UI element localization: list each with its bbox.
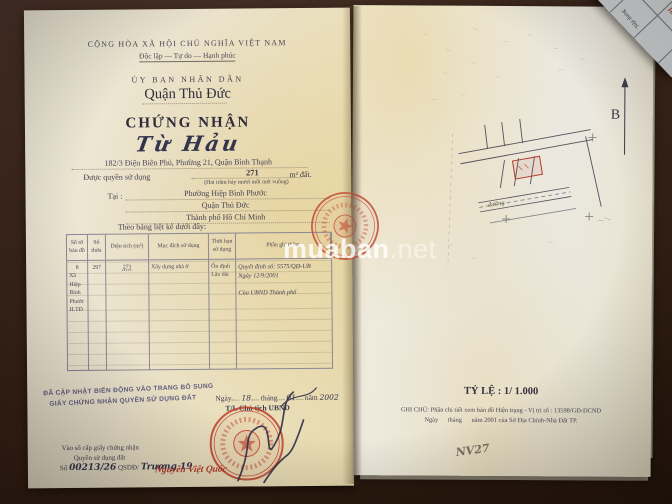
th-map-sheet: Số tờ bản đồ (67, 235, 88, 261)
update-stamp-line-2: GIẤY CHỨNG NHẬN QUYỀN SỬ DỤNG ĐẤT (49, 394, 196, 407)
location-line-2: Quận Thủ Đức (126, 200, 326, 211)
td-parcel-no: 297 (88, 261, 107, 370)
td-purpose: Xây dựng nhà ở (149, 260, 210, 370)
location-line-1: Phường Hiệp Bình Phước (125, 188, 325, 199)
corner-doc-grid-line (634, 0, 672, 38)
grant-prefix: Được quyền sử dụng (83, 172, 150, 182)
registry-line-1: Vào sổ cấp giấy chứng nhận (62, 444, 139, 452)
th-area: Diện tích (m²) (106, 234, 149, 260)
grant-area-words: (Hai trăm bảy mươi mốt mét vuông) (171, 179, 321, 186)
th-duration: Thời hạn sử dụng (209, 234, 236, 260)
location-line-3: Thành phố Hồ Chí Minh (126, 212, 326, 223)
issuer-label: ỦY BAN NHÂN DÂN (24, 74, 350, 86)
grant-area-value: 271 (221, 167, 283, 178)
grant-unit: m² đất. (289, 170, 311, 179)
watermark-bold: muaban (283, 234, 390, 264)
divider-dotted (143, 103, 227, 105)
td-duration: Ổn địnhLâu dài (209, 260, 237, 369)
watermark: muaban.net (283, 234, 437, 265)
north-label: B (611, 108, 620, 123)
td-map-sheet: 8 Xã Hiệp Bình Phước H.TĐ (67, 261, 89, 370)
th-purpose: Mục đích sử dụng (149, 234, 209, 261)
road-label: đường (487, 199, 505, 209)
national-header: CỘNG HÒA XÃ HỘI CHỦ NGHĨA VIỆT NAM (24, 38, 350, 50)
watermark-light: .net (390, 234, 437, 264)
registry-line-2: Quyền sử dụng đất (74, 455, 126, 462)
corner-doc-col-label: Nội dung (620, 8, 640, 28)
td-area: 271 (106, 260, 150, 369)
td-notes: Quyết định số: 5575/QĐ-UB Ngày 12/9/2001… (236, 259, 332, 369)
location-label: Tại : (108, 192, 123, 201)
table-intro: Theo bảng liệt kê dưới đây: (118, 222, 206, 232)
certificate-photo: CỘNG HÒA XÃ HỘI CHỦ NGHĨA VIỆT NAM Độc l… (0, 0, 672, 504)
national-motto: Độc lập — Tự do — Hạnh phúc (24, 50, 350, 62)
map-scale: TỶ LỆ : 1/ 1.000 (351, 385, 651, 398)
issuer-district: Quận Thủ Đức (25, 85, 351, 105)
th-parcel-no: Số thửa (88, 235, 106, 261)
grantee-name: Từ Hảu (23, 130, 353, 158)
